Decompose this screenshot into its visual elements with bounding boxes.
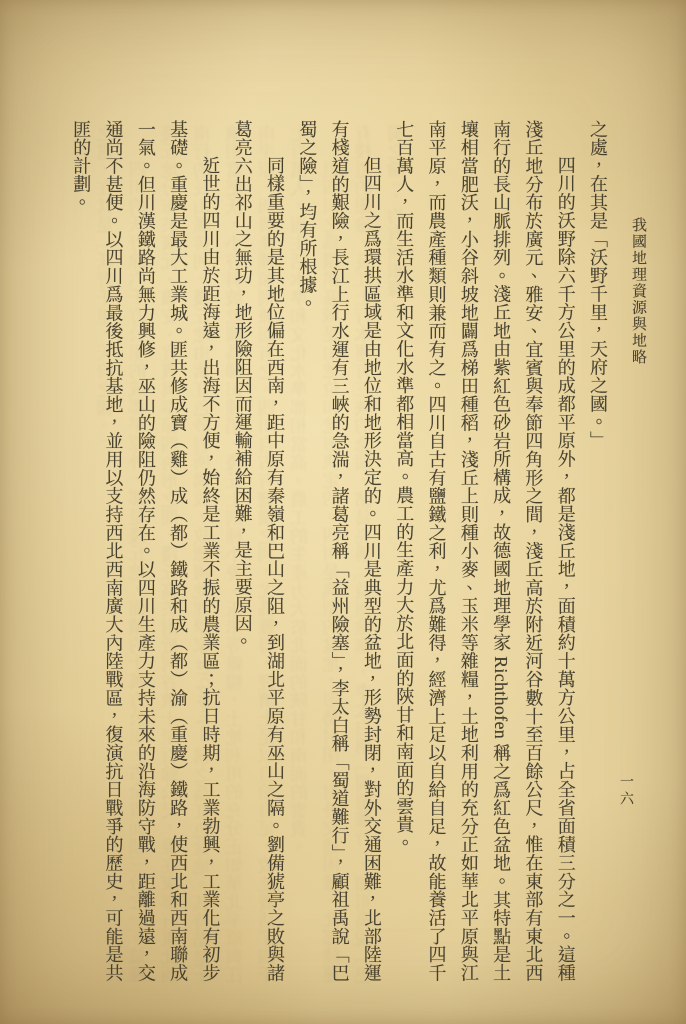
page-body-vertical-text: 之處，在其是「沃野千里，天府之國。」 四川的沃野除六千方公里的成都平原外，都是淺…	[96, 120, 614, 982]
paragraph-intro-continuation: 之處，在其是「沃野千里，天府之國。」	[582, 120, 614, 982]
paragraph-sichuan-fertile-land: 四川的沃野除六千方公里的成都平原外，都是淺丘地，面積約十萬方公里，占全省面積三分…	[388, 120, 582, 982]
paragraph-remote-location: 同樣重要的是其地位偏在西南，距中原有秦嶺和巴山之阻，到湖北平原有巫山之隔。劉備猇…	[226, 120, 291, 982]
paragraph-modern-industry: 近世的四川由於距海遠，出海不方便，始終是工業不振的農業區；抗日時期，工業勃興，工…	[65, 120, 226, 982]
page-number: 一六	[615, 774, 635, 808]
book-margin-title: 我國地理資源與地略	[628, 217, 649, 366]
paragraph-basin-terrain: 但四川之爲環拱區域是由地位和地形決定的。四川是典型的盆地，形勢封閉，對外交通困難…	[291, 120, 388, 982]
